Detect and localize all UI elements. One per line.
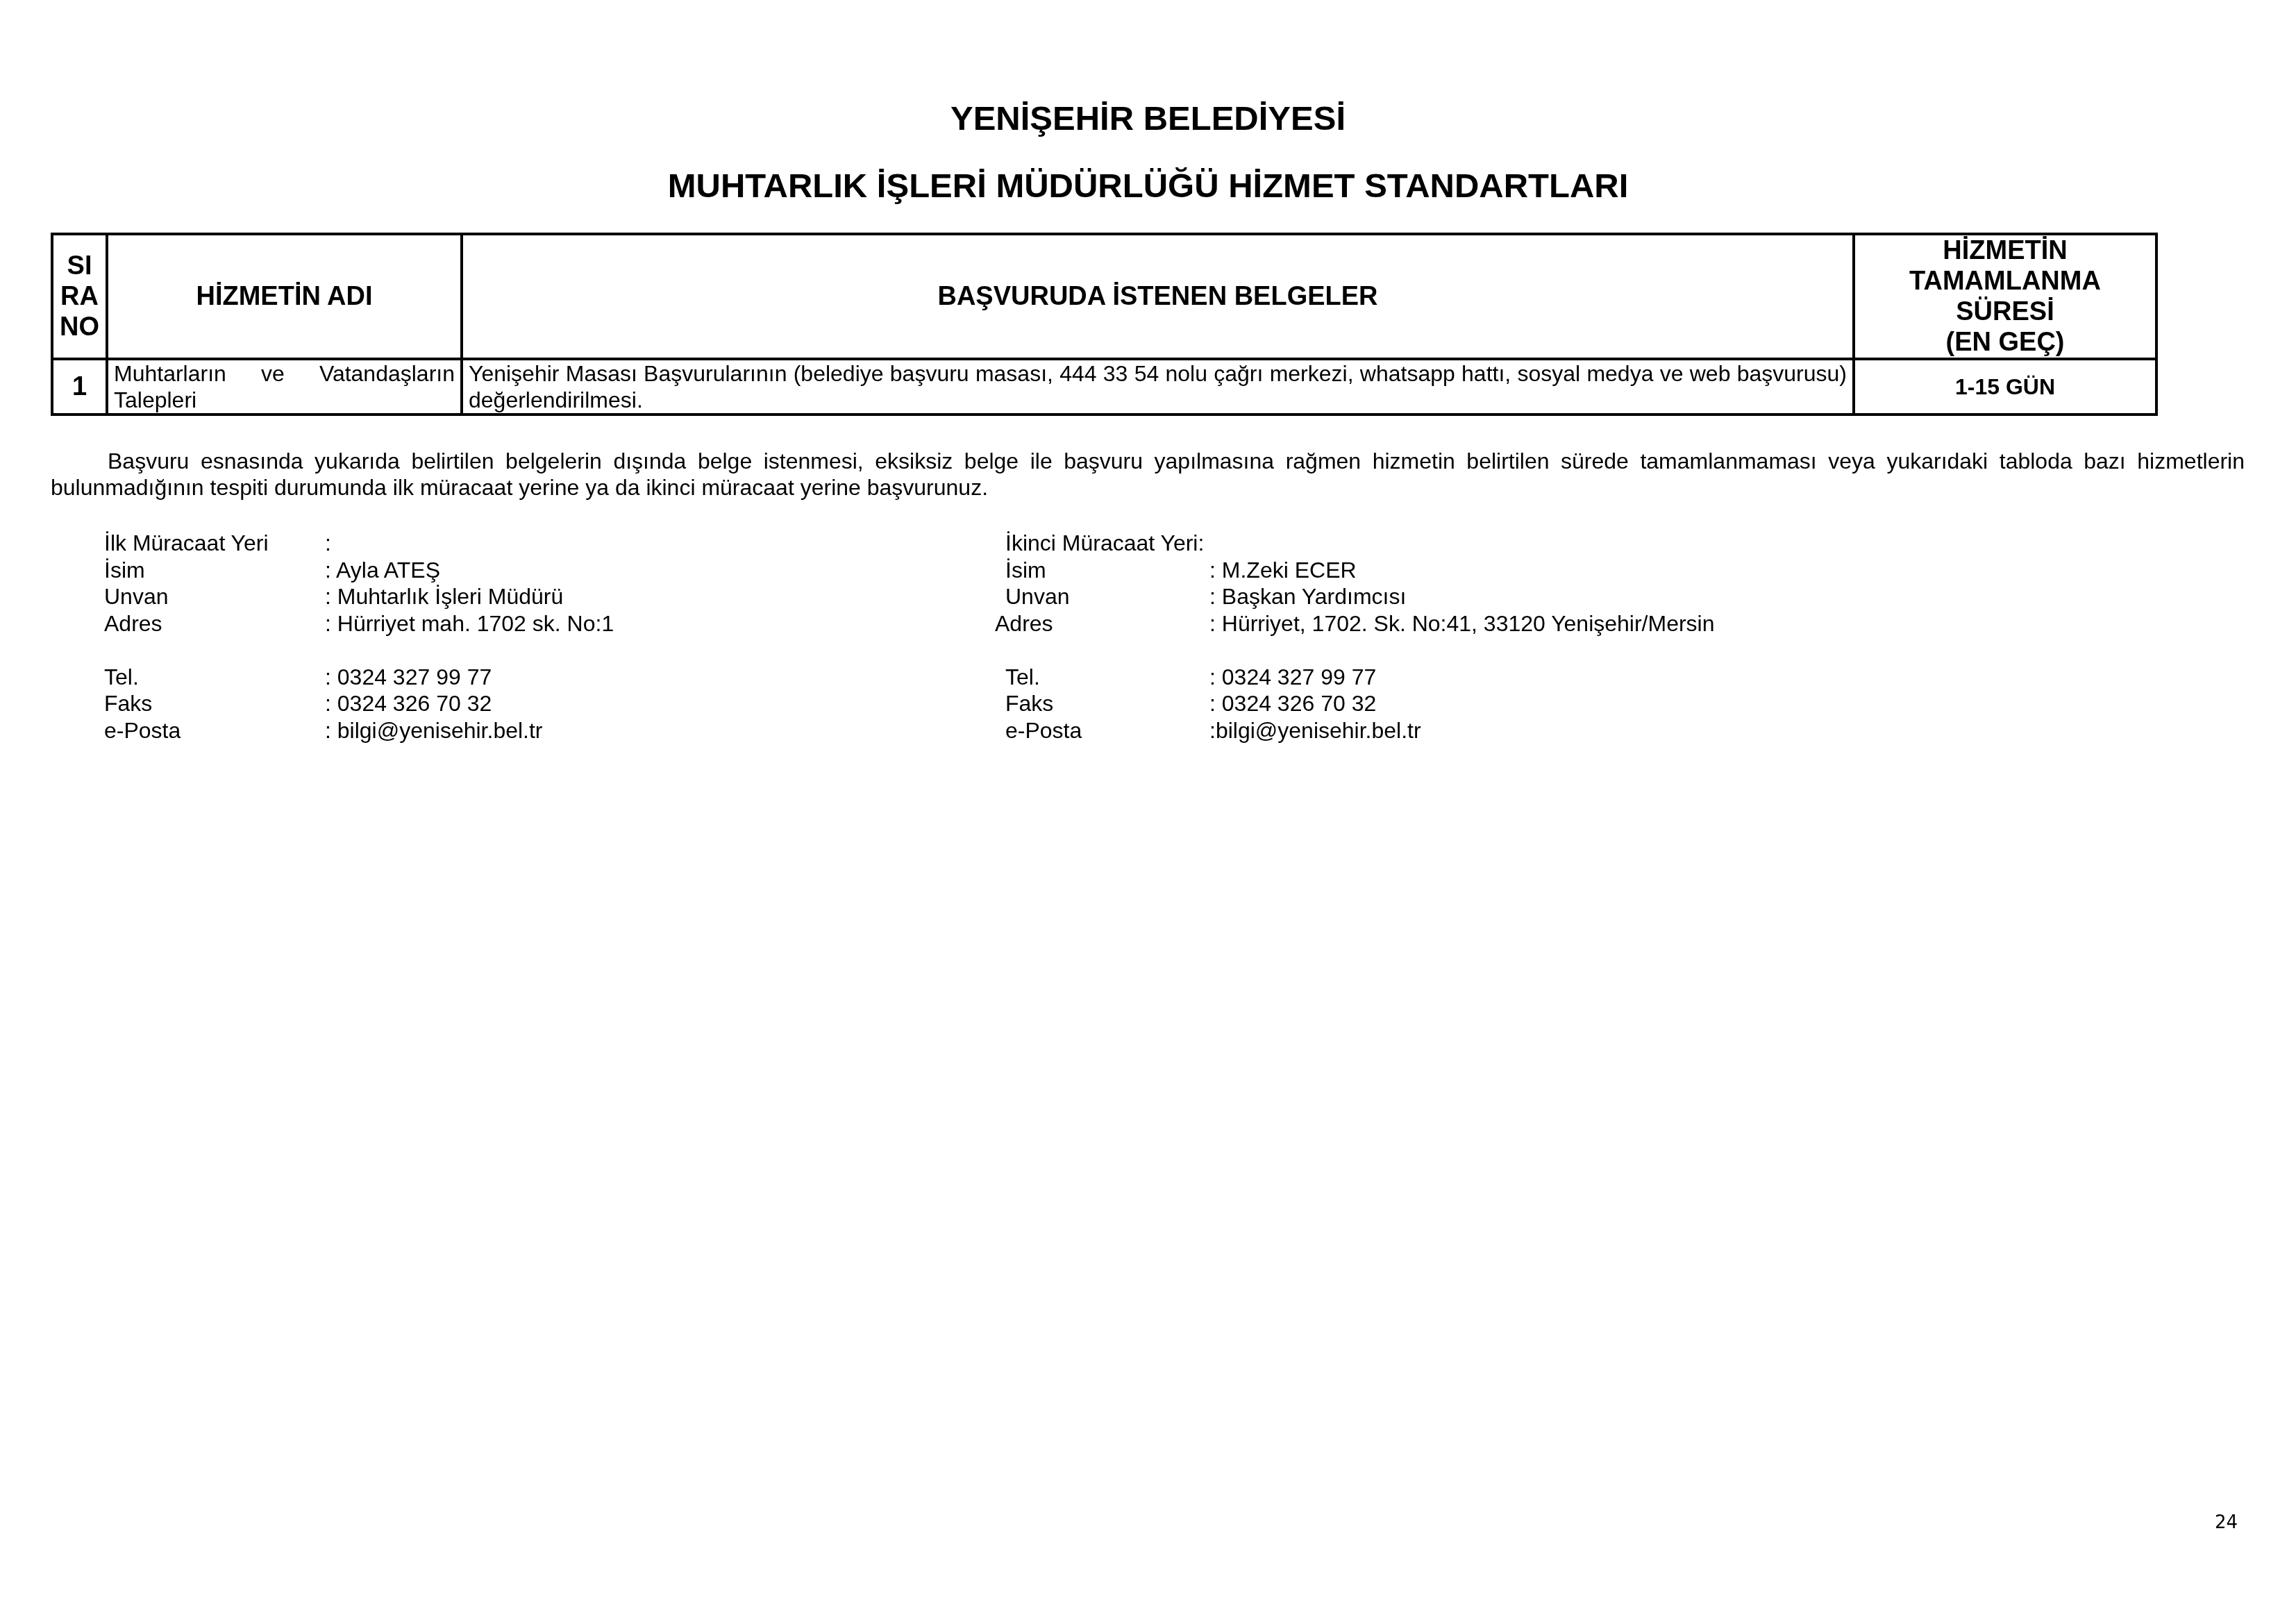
field-label: Unvan [104, 583, 169, 610]
row-required-documents: Yenişehir Masası Başvurularının (belediy… [462, 359, 1854, 415]
field-label: e-Posta [1005, 717, 1082, 744]
document-title: YENİŞEHİR BELEDİYESİ [0, 99, 2296, 138]
header-sure-line: (EN GEÇ) [1861, 327, 2150, 358]
field-label: Unvan [1005, 583, 1070, 610]
field-value-phone: : 0324 327 99 77 [1209, 664, 1376, 691]
header-sure-line: HİZMETİN [1861, 235, 2150, 266]
field-label: İsim [104, 557, 145, 584]
table-row: 1 Muhtarların ve Vatandaşların Talepleri… [52, 359, 2156, 415]
field-value-address: : Hürriyet mah. 1702 sk. No:1 [325, 610, 614, 637]
row-service-name: Muhtarların ve Vatandaşların Talepleri [107, 359, 462, 415]
field-label: Faks [104, 690, 152, 717]
header-sure: HİZMETİN TAMAMLANMA SÜRESİ (EN GEÇ) [1854, 234, 2156, 359]
field-label: Adres [104, 610, 162, 637]
field-label: Faks [1005, 690, 1053, 717]
field-value-phone: : 0324 327 99 77 [325, 664, 492, 691]
field-value-name: : Ayla ATEŞ [325, 557, 440, 584]
field-value-name: : M.Zeki ECER [1209, 557, 1357, 584]
service-standards-table: SI RA NO HİZMETİN ADI BAŞVURUDA İSTENEN … [51, 233, 2158, 416]
table-header-row: SI RA NO HİZMETİN ADI BAŞVURUDA İSTENEN … [52, 234, 2156, 359]
header-sira-line: SI [59, 251, 100, 281]
field-label: Tel. [1005, 664, 1040, 691]
field-value-fax: : 0324 326 70 32 [1209, 690, 1376, 717]
header-sure-line: TAMAMLANMA [1861, 266, 2150, 296]
header-sira-no: SI RA NO [52, 234, 107, 359]
field-label: Tel. [104, 664, 139, 691]
page-number: 24 [2215, 1512, 2238, 1533]
header-sira-line: RA [59, 281, 100, 312]
second-contact-heading: İkinci Müracaat Yeri: [1005, 530, 1204, 557]
row-completion-time: 1-15 GÜN [1854, 359, 2156, 415]
first-contact-heading-sep: : [325, 530, 331, 557]
header-hizmet-adi: HİZMETİN ADI [107, 234, 462, 359]
header-belgeler: BAŞVURUDA İSTENEN BELGELER [462, 234, 1854, 359]
document-subtitle: MUHTARLIK İŞLERİ MÜDÜRLÜĞÜ HİZMET STANDA… [0, 167, 2296, 206]
field-value-title: : Başkan Yardımcısı [1209, 583, 1406, 610]
field-value-email: :bilgi@yenisehir.bel.tr [1209, 717, 1421, 744]
field-value-fax: : 0324 326 70 32 [325, 690, 492, 717]
header-sira-line: NO [59, 312, 100, 342]
row-number: 1 [52, 359, 107, 415]
field-value-title: : Muhtarlık İşleri Müdürü [325, 583, 563, 610]
first-contact-heading: İlk Müracaat Yeri [104, 530, 269, 557]
header-sure-line: SÜRESİ [1861, 296, 2150, 327]
application-note: Başvuru esnasında yukarıda belirtilen be… [51, 448, 2245, 501]
field-value-email: : bilgi@yenisehir.bel.tr [325, 717, 543, 744]
field-label: e-Posta [104, 717, 181, 744]
field-label: İsim [1005, 557, 1046, 584]
field-value-address: : Hürriyet, 1702. Sk. No:41, 33120 Yeniş… [1209, 610, 1715, 637]
field-label: Adres [995, 610, 1053, 637]
